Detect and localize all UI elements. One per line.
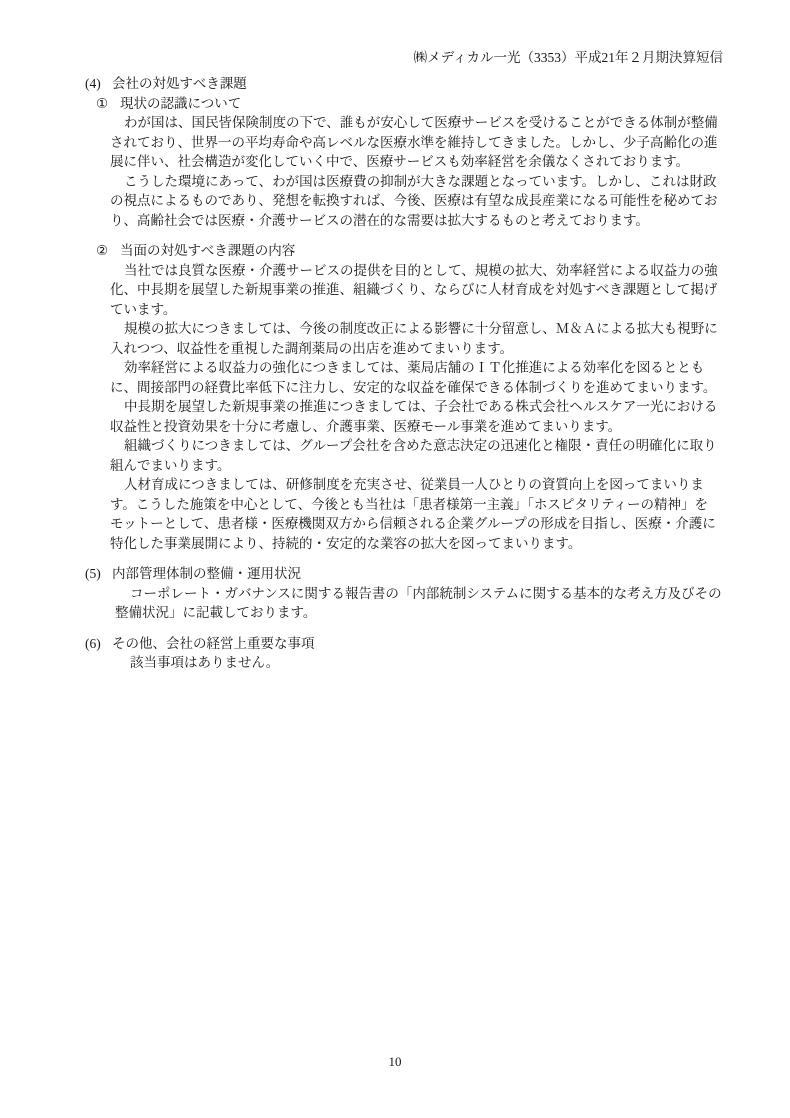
paragraph-line: 化、中長期を展望した新規事業の推進、組織づくり、ならびに人材育成を対処すべき課題… xyxy=(110,280,725,300)
paragraph-line: 効率経営による収益力の強化につきましては、薬局店舗のＩＴ化推進による効率化を図る… xyxy=(110,358,725,378)
paragraph: コーポレート・ガバナンスに関する報告書の「内部統制システムに関する基本的な考え方… xyxy=(115,584,725,623)
heading-number: ① xyxy=(96,94,120,114)
document-page: ㈱メディカル一光（3353）平成21年２月期決算短信 (4)会社の対処すべき課題… xyxy=(0,0,790,1118)
paragraph: 規模の拡大につきましては、今後の制度改正による影響に十分留意し、Ｍ＆Ａによる拡大… xyxy=(110,319,725,358)
section-heading: (4)会社の対処すべき課題 xyxy=(85,74,725,94)
paragraph-line: 該当事項はありません。 xyxy=(115,653,725,673)
paragraph: 該当事項はありません。 xyxy=(115,653,725,673)
paragraph: こうした環境にあって、わが国は医療費の抑制が大きな課題となっています。しかし、こ… xyxy=(110,172,725,231)
heading-number: (5) xyxy=(85,564,112,584)
paragraph-line: されており、世界一の平均寿命や高レベルな医療水準を維持してきました。しかし、少子… xyxy=(110,133,725,153)
paragraph: わが国は、国民皆保険制度の下で、誰もが安心して医療サービスを受けることができる体… xyxy=(110,113,725,172)
paragraph-line: 収益性と投資効果を十分に考慮し、介護事業、医療モール事業を進めてまいります。 xyxy=(110,417,725,437)
paragraph-line: 組織づくりにつきましては、グループ会社を含めた意志決定の迅速化と権限・責任の明確… xyxy=(110,436,725,456)
heading-number: (4) xyxy=(85,74,112,94)
heading-title: 会社の対処すべき課題 xyxy=(112,74,247,94)
heading-title: 現状の認識について xyxy=(120,94,241,114)
paragraph-line: 組んでまいります。 xyxy=(110,456,725,476)
heading-title: 内部管理体制の整備・運用状況 xyxy=(112,564,301,584)
section-heading: (6)その他、会社の経営上重要な事項 xyxy=(85,634,725,654)
paragraph-line: 入れつつ、収益性を重視した調剤薬局の出店を進めてまいります。 xyxy=(110,339,725,359)
heading-title: 当面の対処すべき課題の内容 xyxy=(120,241,295,261)
heading-title: その他、会社の経営上重要な事項 xyxy=(112,634,315,654)
paragraph-line: 当社では良質な医療・介護サービスの提供を目的として、規模の拡大、効率経営による収… xyxy=(110,261,725,281)
paragraph: 当社では良質な医療・介護サービスの提供を目的として、規模の拡大、効率経営による収… xyxy=(110,261,725,320)
paragraph: 効率経営による収益力の強化につきましては、薬局店舗のＩＴ化推進による効率化を図る… xyxy=(110,358,725,397)
section-heading: (5)内部管理体制の整備・運用状況 xyxy=(85,564,725,584)
paragraph-line: 人材育成につきましては、研修制度を充実させ、従業員一人ひとりの資質向上を図ってま… xyxy=(110,475,725,495)
paragraph-line: わが国は、国民皆保険制度の下で、誰もが安心して医療サービスを受けることができる体… xyxy=(110,113,725,133)
paragraph: 組織づくりにつきましては、グループ会社を含めた意志決定の迅速化と権限・責任の明確… xyxy=(110,436,725,475)
paragraph-line: り、高齢社会では医療・介護サービスの潜在的な需要は拡大するものと考えております。 xyxy=(110,211,725,231)
paragraph: 人材育成につきましては、研修制度を充実させ、従業員一人ひとりの資質向上を図ってま… xyxy=(110,475,725,553)
paragraph: 中長期を展望した新規事業の推進につきましては、子会社である株式会社ヘルスケア一光… xyxy=(110,397,725,436)
document-header-title: ㈱メディカル一光（3353）平成21年２月期決算短信 xyxy=(85,49,723,66)
paragraph-line: 中長期を展望した新規事業の推進につきましては、子会社である株式会社ヘルスケア一光… xyxy=(110,397,725,417)
subsection-heading: ②当面の対処すべき課題の内容 xyxy=(96,241,725,261)
paragraph-line: コーポレート・ガバナンスに関する報告書の「内部統制システムに関する基本的な考え方… xyxy=(115,584,725,604)
paragraph-line: ています。 xyxy=(110,300,725,320)
paragraph-line: に、間接部門の経費比率低下に注力し、安定的な収益を確保できる体制づくりを進めてま… xyxy=(110,378,725,398)
paragraph-line: 展に伴い、社会構造が変化していく中で、医療サービスも効率経営を余儀なくされており… xyxy=(110,152,725,172)
paragraph-line: こうした環境にあって、わが国は医療費の抑制が大きな課題となっています。しかし、こ… xyxy=(110,172,725,192)
page-number: 10 xyxy=(0,1054,790,1070)
paragraph-line: 整備状況」に記載しております。 xyxy=(115,603,725,623)
document-body: (4)会社の対処すべき課題①現状の認識についてわが国は、国民皆保険制度の下で、誰… xyxy=(85,74,725,673)
heading-number: ② xyxy=(96,241,120,261)
paragraph-line: モットーとして、患者様・医療機関双方から信頼される企業グループの形成を目指し、医… xyxy=(110,514,725,534)
subsection-heading: ①現状の認識について xyxy=(96,94,725,114)
heading-number: (6) xyxy=(85,634,112,654)
paragraph-line: の視点によるものであり、発想を転換すれば、今後、医療は有望な成長産業になる可能性… xyxy=(110,191,725,211)
paragraph-line: す。こうした施策を中心として、今後とも当社は「患者様第一主義」「ホスピタリティー… xyxy=(110,495,725,515)
paragraph-line: 規模の拡大につきましては、今後の制度改正による影響に十分留意し、Ｍ＆Ａによる拡大… xyxy=(110,319,725,339)
paragraph-line: 特化した事業展開により、持続的・安定的な業容の拡大を図ってまいります。 xyxy=(110,534,725,554)
